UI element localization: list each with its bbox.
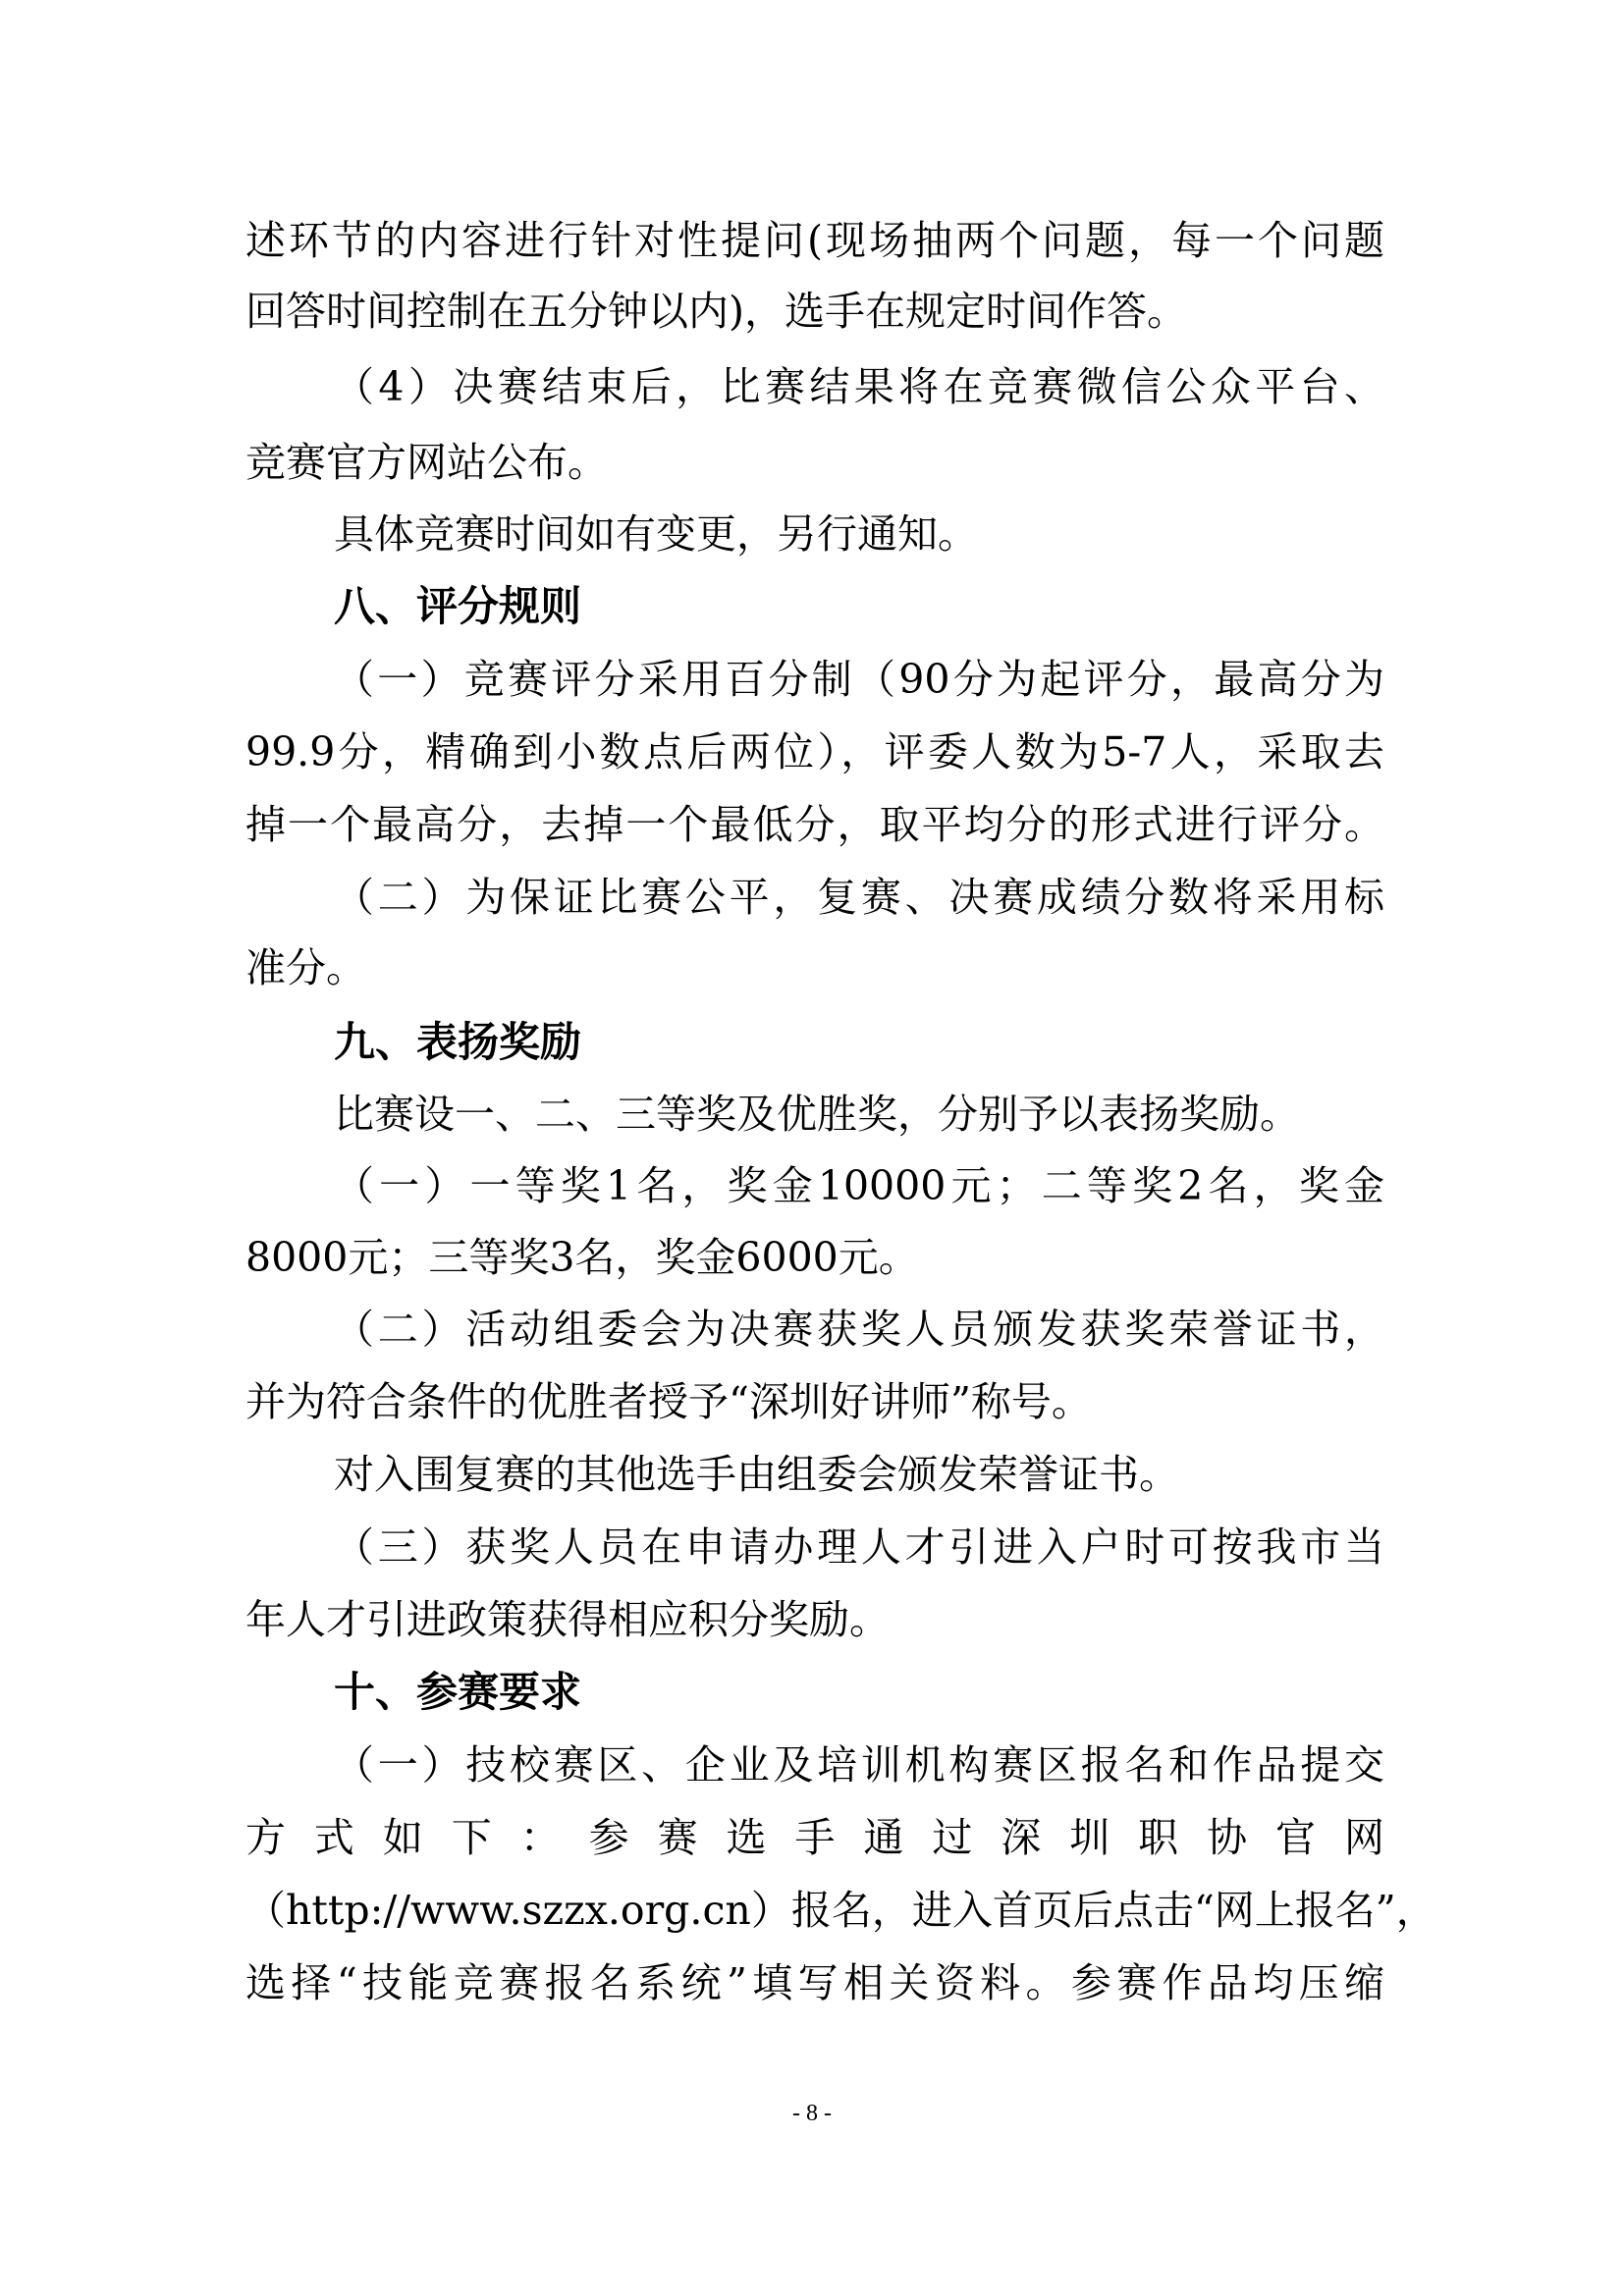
body-line: 具体竞赛时间如有变更，另行通知。 — [334, 499, 1384, 569]
body-line: 述环节的内容进行针对性提问(现场抽两个问题，每一个问题 — [245, 205, 1384, 276]
section-heading-requirements: 十、参赛要求 — [334, 1657, 1384, 1728]
body-line: 准分。 — [245, 933, 1384, 1003]
body-line: （一）技校赛区、企业及培训机构赛区报名和作品提交 — [334, 1730, 1384, 1800]
body-line: （三）获奖人员在申请办理人才引进入户时可按我市当 — [334, 1512, 1384, 1582]
body-line: （一）竞赛评分采用百分制（90分为起评分，最高分为 — [334, 644, 1384, 715]
body-line: （一）一等奖1名，奖金10000元；二等奖2名，奖金 — [334, 1150, 1384, 1221]
section-heading-scoring-rules: 八、评分规则 — [334, 571, 1384, 642]
body-line-url: （http://www.szzx.org.cn）报名，进入首页后点击“网上报名”… — [245, 1875, 1384, 1946]
document-page: 述环节的内容进行针对性提问(现场抽两个问题，每一个问题 回答时间控制在五分钟以内… — [0, 0, 1624, 2296]
body-line: （二）活动组委会为决赛获奖人员颁发获奖荣誉证书， — [334, 1294, 1384, 1364]
section-heading-awards: 九、表扬奖励 — [334, 1007, 1384, 1078]
body-line: 掉一个最高分，去掉一个最低分，取平均分的形式进行评分。 — [245, 789, 1384, 860]
body-line: 选择“技能竞赛报名系统”填写相关资料。参赛作品均压缩 — [245, 1948, 1384, 2018]
body-line: 年人才引进政策获得相应积分奖励。 — [245, 1584, 1384, 1655]
body-line: 方式如下：参赛选手通过深圳职协官网 — [245, 1802, 1384, 1873]
body-line: 对入围复赛的其他选手由组委会颁发荣誉证书。 — [334, 1439, 1384, 1510]
body-line: 99.9分，精确到小数点后两位），评委人数为5-7人，采取去 — [245, 717, 1384, 787]
body-line: 回答时间控制在五分钟以内)，选手在规定时间作答。 — [245, 276, 1384, 347]
body-line: 8000元；三等奖3名，奖金6000元。 — [245, 1222, 1384, 1293]
body-line: 比赛设一、二、三等奖及优胜奖，分别予以表扬奖励。 — [334, 1079, 1384, 1149]
body-line: 竞赛官方网站公布。 — [245, 427, 1384, 498]
body-line: （4）决赛结束后，比赛结果将在竞赛微信公众平台、 — [334, 351, 1384, 422]
body-line: （二）为保证比赛公平，复赛、决赛成绩分数将采用标 — [334, 862, 1384, 933]
page-number: - 8 - — [0, 2101, 1624, 2127]
body-line: 并为符合条件的优胜者授予“深圳好讲师”称号。 — [245, 1366, 1384, 1437]
